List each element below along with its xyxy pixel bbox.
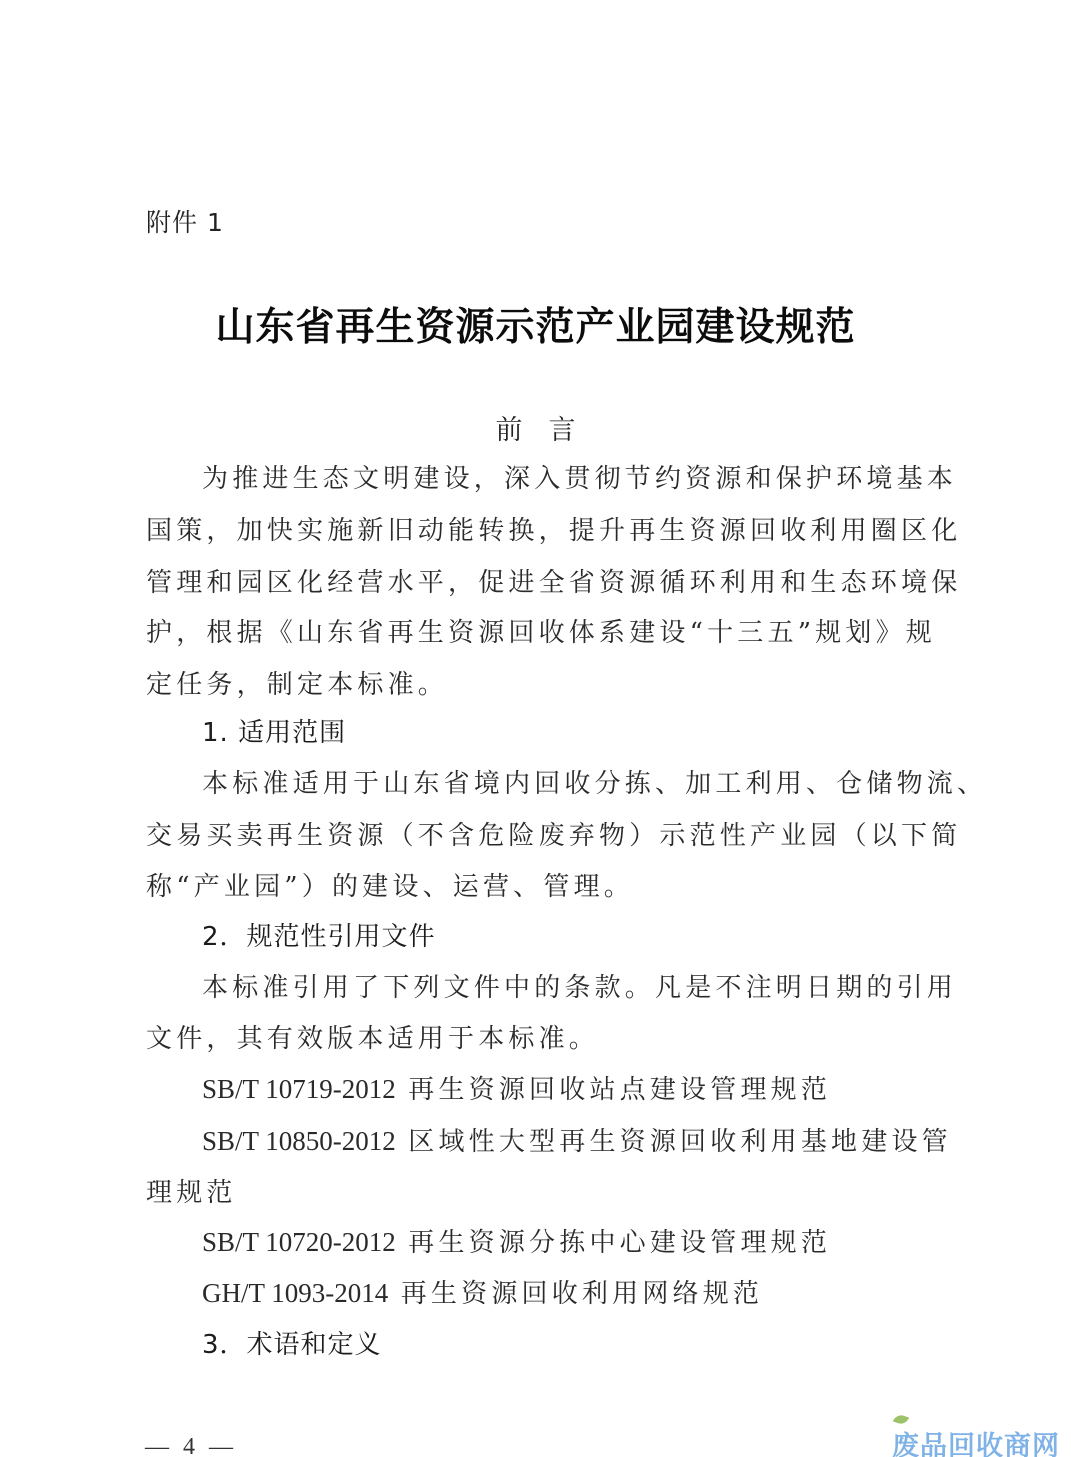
preface-line: 为推进生态文明建设，深入贯彻节约资源和保护环境基本: [202, 458, 957, 495]
watermark-logo: 废品回收商网: [890, 1412, 1071, 1457]
reference-code: GH/T 1093-2014: [202, 1278, 388, 1308]
reference-item: SB/T 10720-2012 再生资源分拣中心建设管理规范: [202, 1222, 831, 1259]
preface-line: 定任务，制定本标准。: [146, 664, 448, 701]
document-title: 山东省再生资源示范产业园建设规范: [0, 296, 1071, 352]
reference-code: SB/T 10720-2012: [202, 1227, 396, 1257]
reference-code: SB/T 10719-2012: [202, 1074, 396, 1104]
section-1-heading: 1. 适用范围: [202, 712, 346, 749]
preface-line: 国策，加快实施新旧动能转换，提升再生资源回收利用圈区化: [146, 510, 961, 547]
watermark-text: 废品回收商网: [892, 1424, 1060, 1457]
reference-item: GH/T 1093-2014 再生资源回收利用网络规范: [202, 1273, 763, 1310]
section-1-line: 称“产业园”）的建设、运营、管理。: [146, 866, 634, 903]
preface-line: 护，根据《山东省再生资源回收体系建设“十三五”规划》规: [146, 612, 936, 649]
reference-name: 再生资源回收站点建设管理规范: [408, 1075, 831, 1105]
document-page: 附件 1 山东省再生资源示范产业园建设规范 前言 为推进生态文明建设，深入贯彻节…: [0, 0, 1071, 1457]
section-2-line: 文件，其有效版本适用于本标准。: [146, 1018, 599, 1055]
reference-name: 区域性大型再生资源回收利用基地建设管: [408, 1127, 952, 1157]
section-3-heading: 3．术语和定义: [202, 1324, 382, 1361]
page-number: — 4 —: [145, 1434, 237, 1457]
reference-continuation: 理规范: [146, 1172, 237, 1209]
reference-name: 再生资源分拣中心建设管理规范: [408, 1228, 831, 1258]
preface-line: 管理和园区化经营水平，促进全省资源循环利用和生态环境保: [146, 562, 961, 599]
section-1-line: 交易买卖再生资源（不含危险废弃物）示范性产业园（以下简: [146, 815, 961, 852]
attachment-label: 附件 1: [146, 203, 224, 239]
reference-code: SB/T 10850-2012: [202, 1126, 396, 1156]
reference-item: SB/T 10850-2012 区域性大型再生资源回收利用基地建设管: [202, 1121, 952, 1158]
section-2-line: 本标准引用了下列文件中的条款。凡是不注明日期的引用: [202, 967, 957, 1004]
reference-name: 再生资源回收利用网络规范: [401, 1279, 763, 1309]
reference-item: SB/T 10719-2012 再生资源回收站点建设管理规范: [202, 1069, 831, 1106]
section-2-heading: 2．规范性引用文件: [202, 916, 436, 953]
section-1-line: 本标准适用于山东省境内回收分拣、加工利用、仓储物流、: [202, 763, 987, 800]
preface-heading: 前言: [0, 408, 1071, 447]
